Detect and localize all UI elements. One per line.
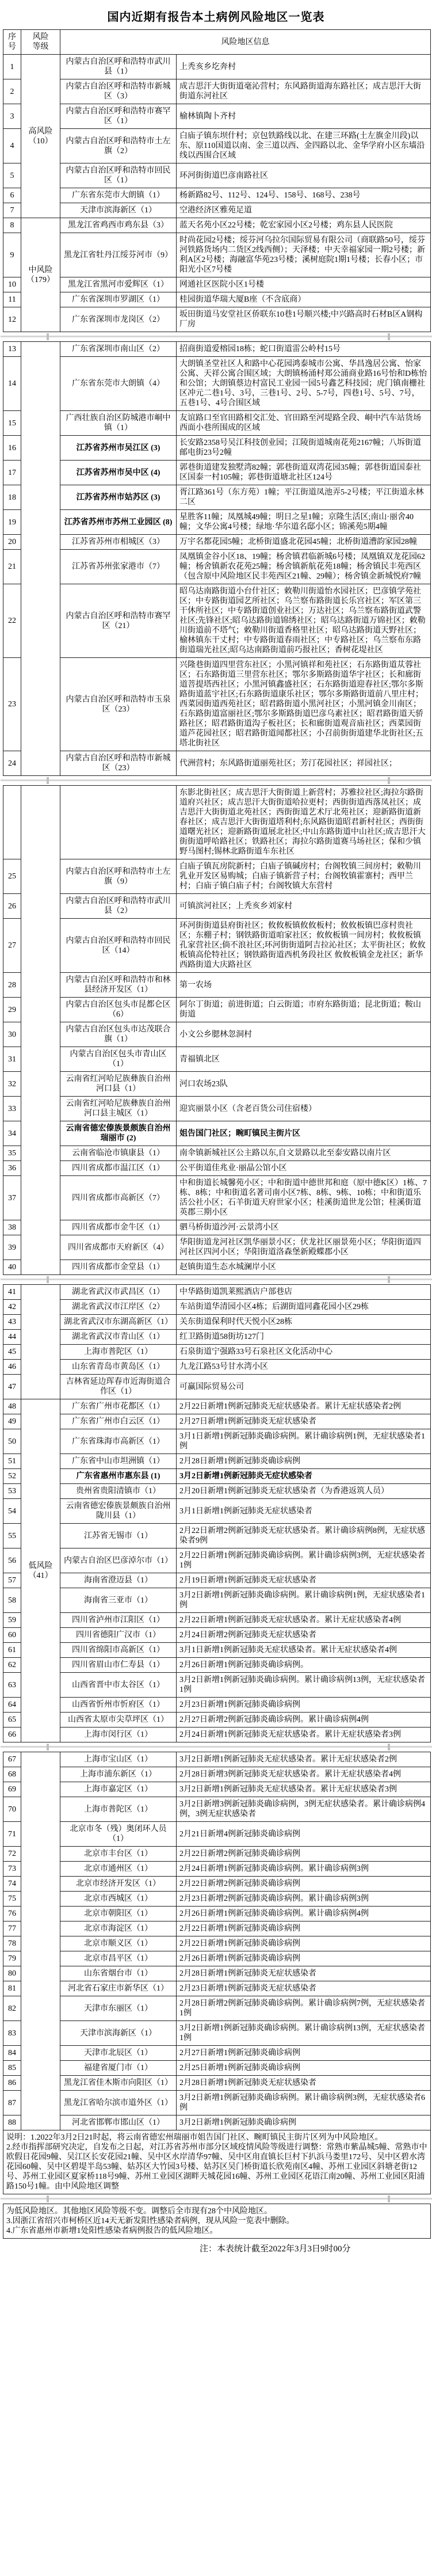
table-row: 68上海市浦东新区（1）2月28日新增3例新冠肺炎无症状感染者。累计无症状感染者… bbox=[3, 1767, 431, 1782]
header-risk-level: 风险 等级 bbox=[21, 30, 60, 55]
table-row: 73北京市通州区（1）2月24日新增1例新冠肺炎确诊病例。累计确诊病例3例 bbox=[3, 1862, 431, 1877]
table-row: 29内蒙古自治区包头市昆都仑区（6）阿尔丁街道；前进街道；白云街道；市府东路街道… bbox=[3, 998, 431, 1022]
region-info: 代洲营村；东风路街道丽苑社区；芳汀花园社区；祥园社区； bbox=[177, 751, 431, 776]
row-number: 68 bbox=[3, 1767, 21, 1782]
region-info: 小文公乡腮林忽洞村 bbox=[177, 1022, 431, 1047]
region-name: 四川省成都市天府新区（4） bbox=[60, 1235, 177, 1260]
table-row: 6广东省东莞市大朗镇（1）杨新路82号、112号、124号、158号、168号、… bbox=[3, 188, 431, 203]
table-row: 33云南省红河哈尼族彝族自治州河口县主城区（1）迎宾丽景小区（含老百货公司住宿楼… bbox=[3, 1097, 431, 1121]
row-number: 52 bbox=[3, 1469, 21, 1484]
table-row: 71北京市冬（残）奥闭环人员（1）2月21日新增4例新冠肺炎确诊病例 bbox=[3, 1822, 431, 1847]
row-number: 48 bbox=[3, 1399, 21, 1414]
row-number: 40 bbox=[3, 1260, 21, 1275]
region-info: 2月21日新增4例新冠肺炎确诊病例 bbox=[177, 1822, 431, 1847]
region-name: 天津市滨海新区（1） bbox=[60, 2021, 177, 2046]
region-name: 山东省青岛市黄岛区（1） bbox=[60, 1360, 177, 1375]
region-name: 上海市普陀区（1） bbox=[60, 1345, 177, 1360]
row-number: 28 bbox=[3, 973, 21, 998]
region-info: 兴隆巷街道四里营东社区；小黑河镇祥和苑社区；石东路街道苁蓉社区；石东路街道三里营… bbox=[177, 658, 431, 751]
table-row: 30内蒙古自治区包头市达茂联合旗（1）小文公乡腮林忽洞村 bbox=[3, 1022, 431, 1047]
region-info: 中华路街道凯莱熙酒店户部巷店 bbox=[177, 1285, 431, 1300]
row-number: 81 bbox=[3, 1981, 21, 1996]
table-row: 4内蒙古自治区呼和浩特市土左旗（2）白庙子镇东坝什村；京包铁路线以北、在建三环路… bbox=[3, 129, 431, 163]
page-break bbox=[3, 1742, 431, 1752]
row-number: 31 bbox=[3, 1047, 21, 1072]
region-info: 2月28日新增1例新冠肺炎无症状感染者 bbox=[177, 2076, 431, 2091]
region-name: 江苏省苏州市吴中区 (4) bbox=[60, 461, 177, 485]
table-row: 1高风险 （10）内蒙古自治区呼和浩特市武川县（1）上秃亥乡圪奔村 bbox=[3, 55, 431, 79]
table-row: 26内蒙古自治区呼和浩特市武川县（2）可镇滨河社区；上秃亥乡刘家村 bbox=[3, 894, 431, 919]
region-info: 凤凰镇金谷小区18、19幢；杨舍镇君临新城6号楼；凤凰镇双龙花园62幢；杨舍镇新… bbox=[177, 550, 431, 584]
row-number: 72 bbox=[3, 1847, 21, 1862]
row-number: 46 bbox=[3, 1360, 21, 1375]
notes-text: 说明：1.2022年3月2日21时起，将云南省德宏州瑞丽市姐告国门社区、畹町镇民… bbox=[3, 2130, 431, 2194]
risk-level-cell bbox=[21, 342, 60, 776]
region-name: 广东省中山市坦洲镇（1） bbox=[60, 1454, 177, 1469]
row-number: 33 bbox=[3, 1097, 21, 1121]
region-info: 2月27日新增2例新冠肺炎确诊病例。累计确诊病例4例 bbox=[177, 1713, 431, 1728]
region-info: 3月1日新增1例新冠肺炎确诊病例。累计确诊病例1例，无症状感染者1例 bbox=[177, 1429, 431, 1454]
table-row: 83天津市滨海新区（1）3月2日新增1例新冠肺炎确诊病例。累计确诊病例13例，无… bbox=[3, 2021, 431, 2046]
table-row: 19江苏省苏州市苏州工业园区 (8)星胜客11幢；凤凰城49幢；明日之星1幢；京… bbox=[3, 510, 431, 535]
page-break bbox=[3, 1275, 431, 1285]
row-number: 58 bbox=[3, 1588, 21, 1613]
region-info: 空港经济区雅苑足道 bbox=[177, 203, 431, 218]
region-info: 2月24日新增2例新冠肺炎无症状感染者 bbox=[177, 1628, 431, 1643]
region-name: 湖北省武汉市武昌区（1） bbox=[60, 1285, 177, 1300]
notes-text: 为低风险地区。其他地区风险等级不变。调整后全市现有28个中风险地区。 3.因浙江… bbox=[3, 2204, 431, 2239]
region-name: 内蒙古自治区呼和浩特市武川县（2） bbox=[60, 894, 177, 919]
region-name: 广东省深圳市南山区（2） bbox=[60, 342, 177, 357]
row-number: 18 bbox=[3, 485, 21, 510]
region-name: 北京市冬（残）奥闭环人员（1） bbox=[60, 1822, 177, 1847]
table-row: 41湖北省武汉市武昌区（1）中华路街道凯莱熙酒店户部巷店 bbox=[3, 1285, 431, 1300]
region-info: 蓝天名苑小区22号楼；乾宏家园小区2号楼；鸡东县人民医院 bbox=[177, 218, 431, 233]
row-number: 37 bbox=[3, 1176, 21, 1220]
table-row: 东影北街社区；成吉思汗大街街道上新营村；苏雅拉社区;海拉尔路街道府兴社区；成吉思… bbox=[3, 786, 431, 859]
row-number: 54 bbox=[3, 1499, 21, 1524]
row-number: 2 bbox=[3, 79, 21, 104]
region-name: 北京市昌平区（1） bbox=[60, 1951, 177, 1966]
table-row: 54云南省德宏傣族景颇族自治州陇川县（1）3月1日新增1例新冠肺炎无症状感染者 bbox=[3, 1499, 431, 1524]
row-number: 66 bbox=[3, 1728, 21, 1742]
region-name: 内蒙古自治区呼和浩特市新城区（3） bbox=[60, 79, 177, 104]
region-name: 山东省烟台市（1） bbox=[60, 1966, 177, 1981]
region-info: 2月28日新增1例新冠肺炎无症状感染者 bbox=[177, 1966, 431, 1981]
region-name: 福建省厦门市（1） bbox=[60, 2061, 177, 2076]
table-row: 44湖北省武汉市青山区（1）红卫路街道58街坊127门 bbox=[3, 1330, 431, 1345]
region-info: 2月28日新增1例新冠肺炎确诊病例 bbox=[177, 1454, 431, 1469]
region-name: 江苏省苏州市姑苏区 (3) bbox=[60, 485, 177, 510]
table-row: 28内蒙古自治区呼和浩特市和林县经济开发区（1）第一农场 bbox=[3, 973, 431, 998]
region-name: 上海市闵行区（1） bbox=[60, 1728, 177, 1742]
region-info: 时尚花园2号楼；绥芬河乌拉尔国际贸易有限公司（商联路50号，绥芬河铁路货场内二货… bbox=[177, 233, 431, 277]
region-info: 友谊路口至官田路相交汇处、官田路至河堤路全段、峒中汽车站货场西面小巷所围成的区域 bbox=[177, 411, 431, 436]
row-number: 82 bbox=[3, 1996, 21, 2021]
row-number: 55 bbox=[3, 1524, 21, 1548]
region-info: 关东街道保利时代天悦小区28栋 bbox=[177, 1315, 431, 1330]
page-break-gap bbox=[3, 776, 431, 786]
table-row: 72北京市丰台区（1）2月22日新增2例新冠肺炎确诊病例 bbox=[3, 1847, 431, 1862]
region-info: 上秃亥乡圪奔村 bbox=[177, 55, 431, 79]
region-info: 华阳街道龙河社区凯华丽景小区；伏龙社区丽景苑小区；华阳街道四河社区四河小区；华阳… bbox=[177, 1235, 431, 1260]
row-number: 34 bbox=[3, 1121, 21, 1146]
row-number: 85 bbox=[3, 2061, 21, 2076]
table-row: 20江苏省苏州市相城区（3）万宇名都花园5幢；北桥街道盛北花园45幢；北桥街道漕… bbox=[3, 535, 431, 550]
row-number: 47 bbox=[3, 1375, 21, 1399]
table-row: 23内蒙古自治区呼和浩特市玉泉区（23）兴隆巷街道四里营东社区；小黑河镇祥和苑社… bbox=[3, 658, 431, 751]
risk-level-cell: 中风险 （179） bbox=[21, 218, 60, 332]
row-number: 41 bbox=[3, 1285, 21, 1300]
region-name: 北京市顺义区（1） bbox=[60, 1936, 177, 1951]
table-row: 9黑龙江省牡丹江绥芬河市（9）时尚花园2号楼；绥芬河乌拉尔国际贸易有限公司（商联… bbox=[3, 233, 431, 277]
region-info: 2月23日新增1例新冠肺炎确诊病例 bbox=[177, 1698, 431, 1713]
table-row: 42湖北省武汉市江岸区（2）车站街道华清园小区4栋；后湖街道同鑫花园小区29栋 bbox=[3, 1300, 431, 1315]
page-break bbox=[3, 776, 431, 786]
table-row: 7天津市滨海新区（1）空港经济区雅苑足道 bbox=[3, 203, 431, 218]
notes-row: 为低风险地区。其他地区风险等级不变。调整后全市现有28个中风险地区。 3.因浙江… bbox=[3, 2204, 431, 2239]
region-info: 车站街道华清园小区4栋；后湖街道同鑫花园小区29栋 bbox=[177, 1300, 431, 1315]
region-info: 3月2日新增1例新冠肺炎确诊病例。累计确诊病例13例，无症状感染者1例 bbox=[177, 2021, 431, 2046]
region-name: 北京市朝阳区（1） bbox=[60, 1907, 177, 1921]
region-name: 四川省成都市金堂县（1） bbox=[60, 1260, 177, 1275]
table-row: 2内蒙古自治区呼和浩特市新城区（3）成吉思汗大街街道毫沁营村；东风路街道海东路社… bbox=[3, 79, 431, 104]
region-name: 湖北省武汉市青山区（1） bbox=[60, 1330, 177, 1345]
table-row: 75北京市西城区（1）2月23日新增2例新冠肺炎确诊病例。累计确诊病例3例 bbox=[3, 1892, 431, 1907]
table-row: 76北京市朝阳区（1）2月26日新增1例新冠肺炎确诊病例。累计确诊病例4例 bbox=[3, 1907, 431, 1921]
region-info: 2月26日新增1例新冠肺炎确诊病例。累计确诊病例4例 bbox=[177, 1907, 431, 1921]
region-name: 四川省绵阳市高新区（1） bbox=[60, 1643, 177, 1658]
row-number: 38 bbox=[3, 1220, 21, 1235]
row-number: 3 bbox=[3, 104, 21, 129]
region-info: 2月19日新增1例新冠肺炎无症状感染者 bbox=[177, 1573, 431, 1588]
region-name: 内蒙古自治区呼和浩特市玉泉区（23） bbox=[60, 658, 177, 751]
row-number bbox=[3, 786, 21, 859]
region-name: 上海市嘉定区（1） bbox=[60, 1782, 177, 1797]
row-number: 15 bbox=[3, 411, 21, 436]
region-info: 3月1日新增1例新冠肺炎无症状感染者。累计无症状感染者4例 bbox=[177, 1643, 431, 1658]
notes-row: 说明：1.2022年3月2日21时起，将云南省德宏州瑞丽市姐告国门社区、畹町镇民… bbox=[3, 2130, 431, 2194]
row-number: 88 bbox=[3, 2115, 21, 2130]
row-number: 12 bbox=[3, 307, 21, 332]
row-number: 24 bbox=[3, 751, 21, 776]
table-row: 48低风险 （41）广东省广州市花都区（1）2月22日新增1例新冠肺炎无症状感染… bbox=[3, 1399, 431, 1414]
region-name: 黑龙江省黑河市爱辉区（1） bbox=[60, 277, 177, 292]
region-name: 湖北省武汉市江岸区（2） bbox=[60, 1300, 177, 1315]
region-name: 内蒙古自治区包头市昆都仑区（6） bbox=[60, 998, 177, 1022]
region-info: 2月22日新增1例新冠肺炎确诊病例 bbox=[177, 1936, 431, 1951]
table-row: 74北京市经济开发区（1）2月22日新增2例新冠肺炎确诊病例 bbox=[3, 1877, 431, 1892]
row-number: 10 bbox=[3, 277, 21, 292]
region-info: 3月2日新增1例新冠肺炎确诊病例。累计确诊病例13例，无症状感染者1例 bbox=[177, 1673, 431, 1698]
row-number: 73 bbox=[3, 1862, 21, 1877]
region-name: 贵州省贵阳清镇市（1） bbox=[60, 1484, 177, 1499]
table-row: 78北京市顺义区（1）2月22日新增1例新冠肺炎确诊病例 bbox=[3, 1936, 431, 1951]
row-number: 70 bbox=[3, 1797, 21, 1822]
table-row: 65山西省太原市尖草坪区（1）2月27日新增2例新冠肺炎确诊病例。累计确诊病例4… bbox=[3, 1713, 431, 1728]
row-number: 6 bbox=[3, 188, 21, 203]
row-number: 20 bbox=[3, 535, 21, 550]
row-number: 86 bbox=[3, 2076, 21, 2091]
table-row: 55江苏省无锡市（1）2月22日新增2例新冠肺炎无症状感染者。累计确诊病例8例，… bbox=[3, 1524, 431, 1548]
row-number: 77 bbox=[3, 1921, 21, 1936]
row-number: 59 bbox=[3, 1613, 21, 1628]
region-info: 2月24日新增1例新冠肺炎无症状感染者。累计无症状感染者3例 bbox=[177, 1728, 431, 1742]
region-info: 郭巷街道建发独墅湾82幢；郭巷街道双湾花园35幢；郭巷街道国泰社区国泰一村105… bbox=[177, 461, 431, 485]
row-number: 35 bbox=[3, 1146, 21, 1161]
region-name: 广东省广州市白云区（1） bbox=[60, 1414, 177, 1429]
row-number: 16 bbox=[3, 436, 21, 461]
region-name: 四川省泸州市江阳区（1） bbox=[60, 1613, 177, 1628]
risk-level-cell bbox=[21, 1752, 60, 2130]
region-info: 白庙子镇瓦房院新村；白庙子镇碱房村；台阁牧镇三间房村；敕勒川乳业开发区易购城；白… bbox=[177, 859, 431, 894]
region-name: 黑龙江省哈尔滨市道外区（1） bbox=[60, 2091, 177, 2115]
stats-deadline-note: 注：本表统计截至2022年3月3日9时00分 bbox=[0, 2239, 432, 2289]
row-number: 63 bbox=[3, 1673, 21, 1698]
region-info: 3月2日新增3例新冠肺炎确诊病例，3例无症状感染者。累计确诊病例4例，3例无症状… bbox=[177, 1797, 431, 1822]
region-info: 大朗镇圣堂社区人和路中心花园鸿泰城市公寓、华昌逸居公寓、怡家公寓、天祥公寓合围区… bbox=[177, 357, 431, 411]
region-info: 姐告国门社区；畹町镇民主街片区 bbox=[177, 1121, 431, 1146]
region-info: 3月2日新增1例新冠肺炎确诊病例 bbox=[177, 2115, 431, 2130]
table-row: 25内蒙古自治区呼和浩特市土左旗（9）白庙子镇瓦房院新村；白庙子镇碱房村；台阁牧… bbox=[3, 859, 431, 894]
region-info: 2月20日新增1例新冠肺炎无症状感染者（为香港返筑人员） bbox=[177, 1484, 431, 1499]
row-number: 23 bbox=[3, 658, 21, 751]
region-name: 内蒙古自治区呼和浩特市回民区（14） bbox=[60, 919, 177, 973]
row-number: 71 bbox=[3, 1822, 21, 1847]
row-number: 79 bbox=[3, 1951, 21, 1966]
table-row: 47吉林省延边珲春市近海街道合作区（1）可赢国际贸易公司 bbox=[3, 1375, 431, 1399]
region-name: 北京市海淀区（1） bbox=[60, 1921, 177, 1936]
table-row: 17江苏省苏州市吴中区 (4)郭巷街道建发独墅湾82幢；郭巷街道双湾花园35幢；… bbox=[3, 461, 431, 485]
header-row: 序 号 风险 等级 风险地区信息 bbox=[3, 30, 431, 55]
region-name: 山西省晋中市太谷区（1） bbox=[60, 1673, 177, 1698]
table-row: 59四川省泸州市江阳区（1）2月22日新增1例新冠肺炎无症状感染者。累计无症状感… bbox=[3, 1613, 431, 1628]
region-info: 中和街道长城馨苑小区；中和街道中德世邦和庭（原中德K区）1栋、7栋、8栋；中和街… bbox=[177, 1176, 431, 1220]
region-info: 2月27日新增1例新冠肺炎无症状感染者 bbox=[177, 1414, 431, 1429]
region-name: 天津市北辰区（1） bbox=[60, 2046, 177, 2061]
table-row: 80山东省烟台市（1）2月28日新增1例新冠肺炎无症状感染者 bbox=[3, 1966, 431, 1981]
region-info: 2月26日新增1例新冠肺炎确诊病例 bbox=[177, 1951, 431, 1966]
region-info: 赵镇街道生态水城澜岸小区 bbox=[177, 1260, 431, 1275]
header-risk-info: 风险地区信息 bbox=[60, 30, 431, 55]
table-row: 79北京市昌平区（1）2月26日新增1例新冠肺炎确诊病例 bbox=[3, 1951, 431, 1966]
table-row: 18江苏省苏州市姑苏区 (3)胥江路361号（东方苑）1幢；平江街道凤池弄5-2… bbox=[3, 485, 431, 510]
row-number: 61 bbox=[3, 1643, 21, 1658]
table-row: 62四川省眉山市仁寿县（1）2月26日新增1例新冠肺炎确诊病例。 bbox=[3, 1658, 431, 1673]
table-row: 60四川省德阳广汉市（1）2月24日新增2例新冠肺炎无症状感染者 bbox=[3, 1628, 431, 1643]
region-info: 招商街道爱榕园18栋；蛇口街道雷公岭村15号 bbox=[177, 342, 431, 357]
region-info: 2月28日新增2例新冠肺炎确诊病例。累计确诊病例7例，无症状感染者1例 bbox=[177, 1996, 431, 2021]
region-name: 内蒙古自治区呼和浩特市土左旗（9） bbox=[60, 859, 177, 894]
row-number: 30 bbox=[3, 1022, 21, 1047]
region-info: 2月25日新增1例新冠肺炎确诊病例 bbox=[177, 2061, 431, 2076]
region-name: 北京市经济开发区（1） bbox=[60, 1877, 177, 1892]
region-name: 广东省东莞市大朗镇（4） bbox=[60, 357, 177, 411]
region-name: 内蒙古自治区呼和浩特市和林县经济开发区（1） bbox=[60, 973, 177, 998]
row-number: 29 bbox=[3, 998, 21, 1022]
region-info: 2月22日新增1例新冠肺炎确诊病例。累计确诊病例3例，无症状感染者1例 bbox=[177, 1548, 431, 1573]
region-name: 内蒙古自治区呼和浩特市赛罕区（21） bbox=[60, 584, 177, 658]
table-row: 38四川省成都市金牛区（1）驷马桥街道沙河·云景湾小区 bbox=[3, 1220, 431, 1235]
table-row: 61四川省绵阳市高新区（1）3月1日新增1例新冠肺炎无症状感染者。累计无症状感染… bbox=[3, 1643, 431, 1658]
region-name: 四川省成都市温江区（1） bbox=[60, 1161, 177, 1176]
region-info: 红卫路街道58街坊127门 bbox=[177, 1330, 431, 1345]
region-name: 北京市丰台区（1） bbox=[60, 1847, 177, 1862]
region-info: 3月2日新增1例新冠肺炎无症状感染者 bbox=[177, 1469, 431, 1484]
region-info: 胥江路361号（东方苑）1幢；平江街道凤池弄5-2号楼；平江街道永林二区 bbox=[177, 485, 431, 510]
row-number: 19 bbox=[3, 510, 21, 535]
region-info: 星胜客11幢；凤凰城49幢；明日之星1幢；京隆生活区;南山·丽舍40幢；文华公寓… bbox=[177, 510, 431, 535]
region-name: 广东省惠州市惠东县 (1) bbox=[60, 1469, 177, 1484]
row-number: 76 bbox=[3, 1907, 21, 1921]
region-name: 河北省邯郸市邯山区（1） bbox=[60, 2115, 177, 2130]
table-row: 5内蒙古自治区呼和浩特市回民区（1）环河街街道巴彦南路社区 bbox=[3, 163, 431, 188]
row-number: 27 bbox=[3, 919, 21, 973]
region-info: 可赢国际贸易公司 bbox=[177, 1375, 431, 1399]
table-row: 64山西省忻州市忻府区（1）2月23日新增1例新冠肺炎确诊病例 bbox=[3, 1698, 431, 1713]
region-info: 驷马桥街道沙河·云景湾小区 bbox=[177, 1220, 431, 1235]
region-name: 四川省德阳广汉市（1） bbox=[60, 1628, 177, 1643]
table-row: 24内蒙古自治区呼和浩特市新城区（23）代洲营村；东风路街道丽苑社区；芳汀花园社… bbox=[3, 751, 431, 776]
page-break-gap bbox=[3, 1275, 431, 1285]
table-row: 50广东省珠海市高新区（1）3月1日新增1例新冠肺炎确诊病例。累计确诊病例1例，… bbox=[3, 1429, 431, 1454]
region-name: 内蒙古自治区呼和浩特市回民区（1） bbox=[60, 163, 177, 188]
region-info: 九龙江路53号甘水湾小区 bbox=[177, 1360, 431, 1375]
region-name: 江苏省苏州张家港市（7） bbox=[60, 550, 177, 584]
risk-level-cell: 低风险 （41） bbox=[21, 1399, 60, 1742]
region-name: 内蒙古自治区包头市达茂联合旗（1） bbox=[60, 1022, 177, 1047]
row-number: 8 bbox=[3, 218, 21, 233]
region-name: 江苏省苏州市相城区（3） bbox=[60, 535, 177, 550]
table-row: 21江苏省苏州张家港市（7）凤凰镇金谷小区18、19幢；杨舍镇君临新城6号楼；凤… bbox=[3, 550, 431, 584]
table-row: 88河北省邯郸市邯山区（1）3月2日新增1例新冠肺炎确诊病例 bbox=[3, 2115, 431, 2130]
region-name: 四川省成都市金牛区（1） bbox=[60, 1220, 177, 1235]
table-row: 45上海市普陀区（1）石泉街道宁强路33号石泉社区文化活动中心 bbox=[3, 1345, 431, 1360]
region-info: 2月28日新增3例新冠肺炎无症状感染者。累计无症状感染者4例 bbox=[177, 1767, 431, 1782]
region-name: 江苏省苏州市吴江区 (3) bbox=[60, 436, 177, 461]
row-number: 11 bbox=[3, 292, 21, 307]
table-row: 58海南省三亚市（1）3月2日新增1例新冠肺炎确诊病例。累计确诊病例1例，无症状… bbox=[3, 1588, 431, 1613]
region-info: 2月23日新增1例新冠肺炎无症状感染者 bbox=[177, 1981, 431, 1996]
region-name: 上海市宝山区（1） bbox=[60, 1752, 177, 1767]
region-info: 昭乌达南路街道小台什社区；敕勒川街道怡水园社区；巴彦镇学苑社区；中专路街道园艺所… bbox=[177, 584, 431, 658]
table-row: 37四川省成都市高新区（7）中和街道长城馨苑小区；中和街道中德世邦和庭（原中德K… bbox=[3, 1176, 431, 1220]
row-number: 64 bbox=[3, 1698, 21, 1713]
region-info: 迎宾丽景小区（含老百货公司住宿楼） bbox=[177, 1097, 431, 1121]
table-row: 39四川省成都市天府新区（4）华阳街道龙河社区凯华丽景小区；伏龙社区丽景苑小区；… bbox=[3, 1235, 431, 1260]
page-break bbox=[3, 332, 431, 342]
region-info: 3月2日新增1例新冠肺炎确诊病例。累计确诊病例3例，无症状感染者6例 bbox=[177, 2091, 431, 2115]
region-name: 广东省广州市花都区（1） bbox=[60, 1399, 177, 1414]
region-info: 南伞镇新城社区公主路以东,自文景路以北至泰安路以南片区 bbox=[177, 1146, 431, 1161]
region-name: 内蒙古自治区巴彦淖尔市（1） bbox=[60, 1548, 177, 1573]
region-name: 广东省深圳市龙岗区（2） bbox=[60, 307, 177, 332]
table-row: 3内蒙古自治区呼和浩特市赛罕区（1）榆林镇陶卜齐村 bbox=[3, 104, 431, 129]
row-number: 74 bbox=[3, 1877, 21, 1892]
table-row: 77北京市海淀区（1）2月22日新增1例新冠肺炎确诊病例 bbox=[3, 1921, 431, 1936]
region-info: 2月26日新增1例新冠肺炎确诊病例。 bbox=[177, 1658, 431, 1673]
row-number: 84 bbox=[3, 2046, 21, 2061]
region-info: 2月22日新增1例新冠肺炎无症状感染者。累计无症状感染者4例 bbox=[177, 1613, 431, 1628]
region-name: 云南省德宏傣族景颇族自治州瑞丽市 (2) bbox=[60, 1121, 177, 1146]
table-row: 16江苏省苏州市吴江区 (3)长安路2358号吴江科技创业园；江陵街道城南花苑2… bbox=[3, 436, 431, 461]
table-row: 34云南省德宏傣族景颇族自治州瑞丽市 (2)姐告国门社区；畹町镇民主街片区 bbox=[3, 1121, 431, 1146]
region-info: 网通社区医院小区1号楼 bbox=[177, 277, 431, 292]
table-row: 27内蒙古自治区呼和浩特市回民区（14）环河街街道县府街社区；攸攸板镇攸攸板村；… bbox=[3, 919, 431, 973]
region-info: 河口农场23队 bbox=[177, 1072, 431, 1097]
region-info: 3月1日新增1例新冠肺炎无症状感染者 bbox=[177, 1499, 431, 1524]
table-row: 46山东省青岛市黄岛区（1）九龙江路53号甘水湾小区 bbox=[3, 1360, 431, 1375]
region-info: 万宇名都花园5幢；北桥街道盛北花园45幢；北桥街道漕韵家园28幢 bbox=[177, 535, 431, 550]
region-name: 云南省临沧市镇康县（1） bbox=[60, 1146, 177, 1161]
row-number: 39 bbox=[3, 1235, 21, 1260]
region-name: 江苏省苏州市苏州工业园区 (8) bbox=[60, 510, 177, 535]
region-info: 2月24日新增1例新冠肺炎确诊病例。累计确诊病例3例 bbox=[177, 1862, 431, 1877]
page-title: 国内近期有报告本土病例风险地区一览表 bbox=[0, 0, 432, 29]
region-info: 公平街道佳兆业·丽晶公馆小区 bbox=[177, 1161, 431, 1176]
region-name: 云南省红河哈尼族彝族自治州河口县（1） bbox=[60, 1072, 177, 1097]
row-number: 44 bbox=[3, 1330, 21, 1345]
row-number: 22 bbox=[3, 584, 21, 658]
table-row: 31内蒙古自治区包头市青山区（1）青福镇北区 bbox=[3, 1047, 431, 1072]
risk-level-cell bbox=[21, 786, 60, 1275]
region-info: 2月22日新增2例新冠肺炎确诊病例 bbox=[177, 1847, 431, 1862]
table-row: 57海南省澄迈县（1）2月19日新增1例新冠肺炎无症状感染者 bbox=[3, 1573, 431, 1588]
row-number: 9 bbox=[3, 233, 21, 277]
region-name: 北京市西城区（1） bbox=[60, 1892, 177, 1907]
region-info: 3月2日新增1例新冠肺炎无症状感染者。累计无症状感染者2例 bbox=[177, 1752, 431, 1767]
table-row: 82天津市东丽区（1）2月28日新增2例新冠肺炎确诊病例。累计确诊病例7例，无症… bbox=[3, 1996, 431, 2021]
row-number: 21 bbox=[3, 550, 21, 584]
region-info: 2月22日新增2例新冠肺炎无症状感染者。累计确诊病例8例，无症状感染者9例 bbox=[177, 1524, 431, 1548]
table-row: 12广东省深圳市龙岗区（2）坂田街道马安堂社区侨联东10巷1号顺兴楼;中兴路高时… bbox=[3, 307, 431, 332]
region-info: 东影北街社区；成吉思汗大街街道上新营村；苏雅拉社区;海拉尔路街道府兴社区；成吉思… bbox=[177, 786, 431, 859]
region-info: 桂园街道华瑞大厦B座（不含底商） bbox=[177, 292, 431, 307]
region-name: 内蒙古自治区呼和浩特市土左旗（2） bbox=[60, 129, 177, 163]
region-name: 海南省三亚市（1） bbox=[60, 1588, 177, 1613]
table-row: 51广东省中山市坦洲镇（1）2月28日新增1例新冠肺炎确诊病例 bbox=[3, 1454, 431, 1469]
region-info: 成吉思汗大街街道毫沁营村；东风路街道海东路社区；成吉思汗大街街道东河社区 bbox=[177, 79, 431, 104]
table-row: 67上海市宝山区（1）3月2日新增1例新冠肺炎无症状感染者。累计无症状感染者2例 bbox=[3, 1752, 431, 1767]
region-info: 白庙子镇东坝什村；京包铁路线以北、在建三环路(土左旗金川段)以东、原110国道以… bbox=[177, 129, 431, 163]
row-number: 62 bbox=[3, 1658, 21, 1673]
row-number: 5 bbox=[3, 163, 21, 188]
region-name: 天津市滨海新区（1） bbox=[60, 203, 177, 218]
row-number: 83 bbox=[3, 2021, 21, 2046]
table-row: 63山西省晋中市太谷区（1）3月2日新增1例新冠肺炎确诊病例。累计确诊病例13例… bbox=[3, 1673, 431, 1698]
risk-level-cell bbox=[21, 1285, 60, 1399]
region-name: 上海市普陀区（1） bbox=[60, 1797, 177, 1822]
row-number: 25 bbox=[3, 859, 21, 894]
row-number: 49 bbox=[3, 1414, 21, 1429]
row-number: 13 bbox=[3, 342, 21, 357]
region-name bbox=[60, 786, 177, 859]
region-name: 上海市浦东新区（1） bbox=[60, 1767, 177, 1782]
risk-level-cell: 高风险 （10） bbox=[21, 55, 60, 218]
region-name: 北京市通州区（1） bbox=[60, 1862, 177, 1877]
table-row: 81河北省石家庄市新华区（1）2月23日新增1例新冠肺炎无症状感染者 bbox=[3, 1981, 431, 1996]
table-row: 15广西壮族自治区防城港市峒中镇（1）友谊路口至官田路相交汇处、官田路至河堤路全… bbox=[3, 411, 431, 436]
table-row: 10黑龙江省黑河市爱辉区（1）网通社区医院小区1号楼 bbox=[3, 277, 431, 292]
region-info: 第一农场 bbox=[177, 973, 431, 998]
region-name: 广西壮族自治区防城港市峒中镇（1） bbox=[60, 411, 177, 436]
region-info: 榆林镇陶卜齐村 bbox=[177, 104, 431, 129]
row-number: 67 bbox=[3, 1752, 21, 1767]
table-row: 85福建省厦门市（1）2月25日新增1例新冠肺炎确诊病例 bbox=[3, 2061, 431, 2076]
row-number: 57 bbox=[3, 1573, 21, 1588]
row-number: 7 bbox=[3, 203, 21, 218]
table-row: 53贵州省贵阳清镇市（1）2月20日新增1例新冠肺炎无症状感染者（为香港返筑人员… bbox=[3, 1484, 431, 1499]
